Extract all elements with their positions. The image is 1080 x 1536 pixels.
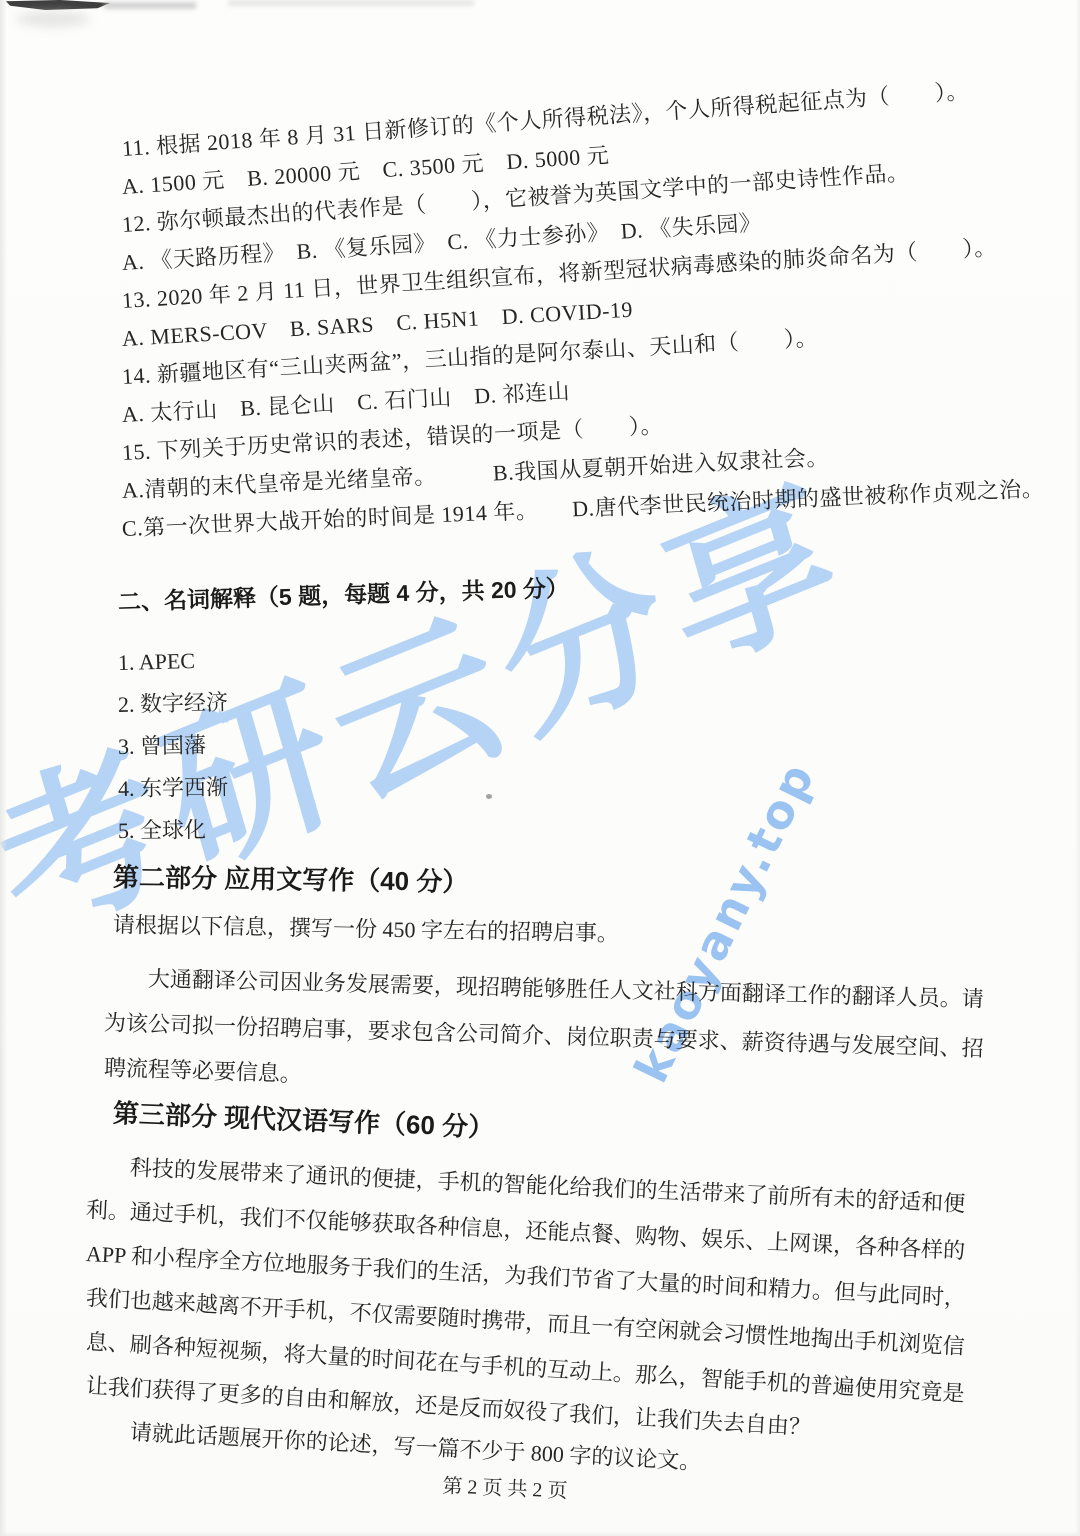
glossary-item-5: 5. 全球化 <box>118 806 569 852</box>
scan-edge-right <box>1075 0 1080 1536</box>
part3-body: 科技的发展带来了通讯的便捷，手机的智能化给我们的生活带来了前所有未的舒适和便 利… <box>86 1144 967 1452</box>
part2-applied-writing-section: 第二部分 应用文写作（40 分） 请根据以下信息，撰写一份 450 字左右的招聘… <box>104 860 984 1090</box>
part3-essay-writing-section: 第三部分 现代汉语写作（60 分） 科技的发展带来了通讯的便捷，手机的智能化给我… <box>86 1096 967 1452</box>
glossary-items: 1. APEC 2. 数字经济 3. 曾国藩 4. 东学西渐 5. 全球化 <box>118 642 569 852</box>
scan-corner-streak <box>6 0 110 10</box>
part2-title: 第二部分 应用文写作（40 分） <box>113 860 984 906</box>
part2-intro: 请根据以下信息，撰写一份 450 字左右的招聘启事。 <box>113 910 984 955</box>
scanned-exam-page: 考研云分享 kaoyany.top 11. 根据 2018 年 8 月 31 日… <box>0 0 1080 1536</box>
part2-body: 大通翻译公司因业务发展需要，现招聘能够胜任人文社科方面翻译工作的翻译人员。请 为… <box>104 955 984 1090</box>
glossary-section-title: 二、名词解释（5 题，每题 4 分，共 20 分） <box>117 572 569 618</box>
glossary-item-2: 2. 数字经济 <box>118 674 570 726</box>
scan-corner-streak-fade <box>104 2 196 9</box>
scan-edge-bottom <box>0 1531 1080 1536</box>
glossary-item-3: 3. 曾国藩 <box>118 718 570 768</box>
glossary-item-4: 4. 东学西渐 <box>118 762 570 810</box>
scan-corner-smudge <box>16 11 90 27</box>
scan-edge-left <box>0 0 7 1536</box>
scan-top-band <box>228 0 474 6</box>
multiple-choice-section: 11. 根据 2018 年 8 月 31 日新修订的《个人所得税法》，个人所得税… <box>122 130 1045 548</box>
glossary-section: 二、名词解释（5 题，每题 4 分，共 20 分） 1. APEC 2. 数字经… <box>118 586 569 852</box>
